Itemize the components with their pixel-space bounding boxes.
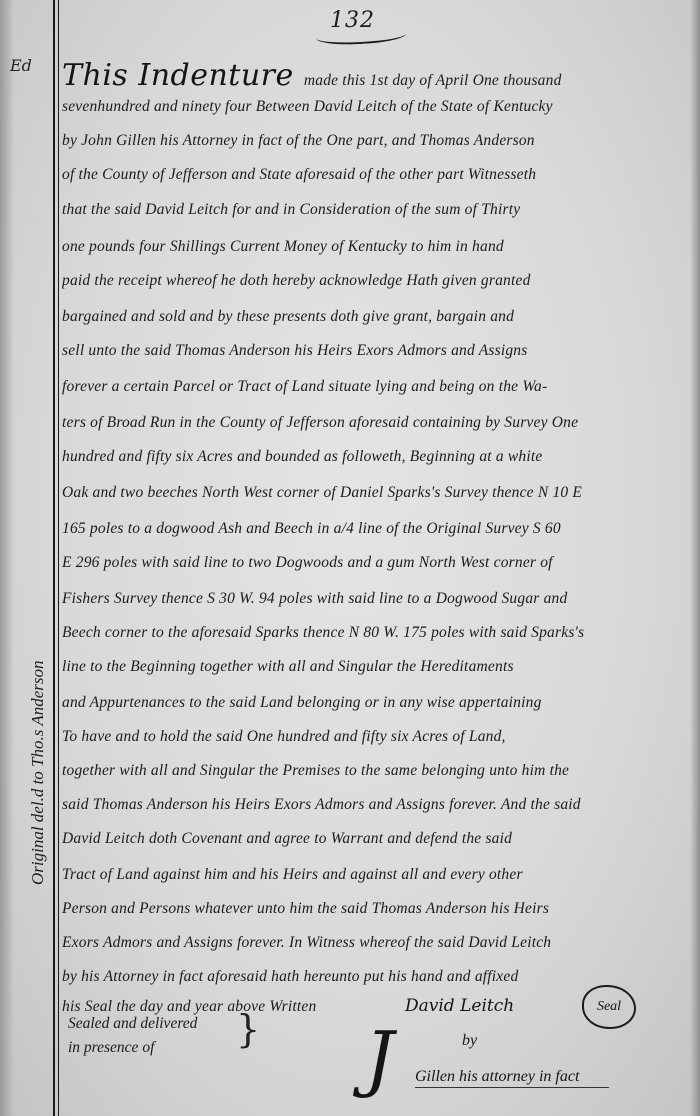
deed-line: forever a certain Parcel or Tract of Lan…: [62, 378, 687, 396]
attorney-signature: Gillen his attorney in fact: [415, 1068, 609, 1088]
deed-line: Person and Persons whatever unto him the…: [62, 900, 687, 918]
deed-line: 165 poles to a dogwood Ash and Beech in …: [62, 520, 687, 538]
deed-heading: This Indenture: [62, 58, 294, 93]
deed-line: ters of Broad Run in the County of Jeffe…: [62, 414, 687, 432]
attorney-initial-flourish: J: [365, 1022, 394, 1094]
sealed-delivered-text: Sealed and delivered: [68, 1012, 197, 1036]
deed-line: Tract of Land against him and his Heirs …: [62, 866, 687, 884]
margin-rule-inner: [58, 0, 59, 1116]
seal-label: Seal: [597, 999, 621, 1015]
deed-line: line to the Beginning together with all …: [62, 658, 687, 676]
margin-note-delivered: Original del.d to Tho.s Anderson: [28, 661, 48, 885]
deed-line: E 296 poles with said line to two Dogwoo…: [62, 554, 687, 572]
margin-mark: Ed: [10, 56, 32, 75]
deed-line: sevenhundred and ninety four Between Dav…: [62, 98, 687, 116]
grantor-signature: David Leitch: [405, 996, 514, 1016]
deed-line: David Leitch doth Covenant and agree to …: [62, 830, 687, 848]
deed-line-1: This Indenture made this 1st day of Apri…: [62, 58, 687, 93]
page-number-underline: [316, 26, 407, 47]
deed-line: Fishers Survey thence S 30 W. 94 poles w…: [62, 590, 687, 608]
deed-line: together with all and Singular the Premi…: [62, 762, 687, 780]
deed-line: Exors Admors and Assigns forever. In Wit…: [62, 934, 687, 952]
in-presence-text: in presence of: [68, 1036, 197, 1060]
brace-mark: }: [236, 1010, 260, 1048]
by-text: by: [462, 1032, 477, 1050]
deed-page: 132 Ed Original del.d to Tho.s Anderson …: [0, 0, 700, 1116]
attestation-block: Sealed and delivered in presence of: [68, 1012, 197, 1060]
deed-line: one pounds four Shillings Current Money …: [62, 238, 687, 256]
deed-line: that the said David Leitch for and in Co…: [62, 201, 687, 219]
deed-line: of the County of Jefferson and State afo…: [62, 166, 687, 184]
deed-line: To have and to hold the said One hundred…: [62, 728, 687, 746]
deed-line: said Thomas Anderson his Heirs Exors Adm…: [62, 796, 687, 814]
deed-line: by his Attorney in fact aforesaid hath h…: [62, 968, 687, 986]
deed-line: hundred and fifty six Acres and bounded …: [62, 448, 687, 466]
deed-line: and Appurtenances to the said Land belon…: [62, 694, 687, 712]
deed-line: Beech corner to the aforesaid Sparks the…: [62, 624, 687, 642]
deed-line: Oak and two beeches North West corner of…: [62, 484, 687, 502]
deed-line: paid the receipt whereof he doth hereby …: [62, 272, 687, 290]
margin-rule: [53, 0, 55, 1116]
deed-line: bargained and sold and by these presents…: [62, 308, 687, 326]
deed-line: sell unto the said Thomas Anderson his H…: [62, 342, 687, 360]
seal-scroll: Seal: [582, 985, 636, 1029]
deed-line: by John Gillen his Attorney in fact of t…: [62, 132, 687, 150]
